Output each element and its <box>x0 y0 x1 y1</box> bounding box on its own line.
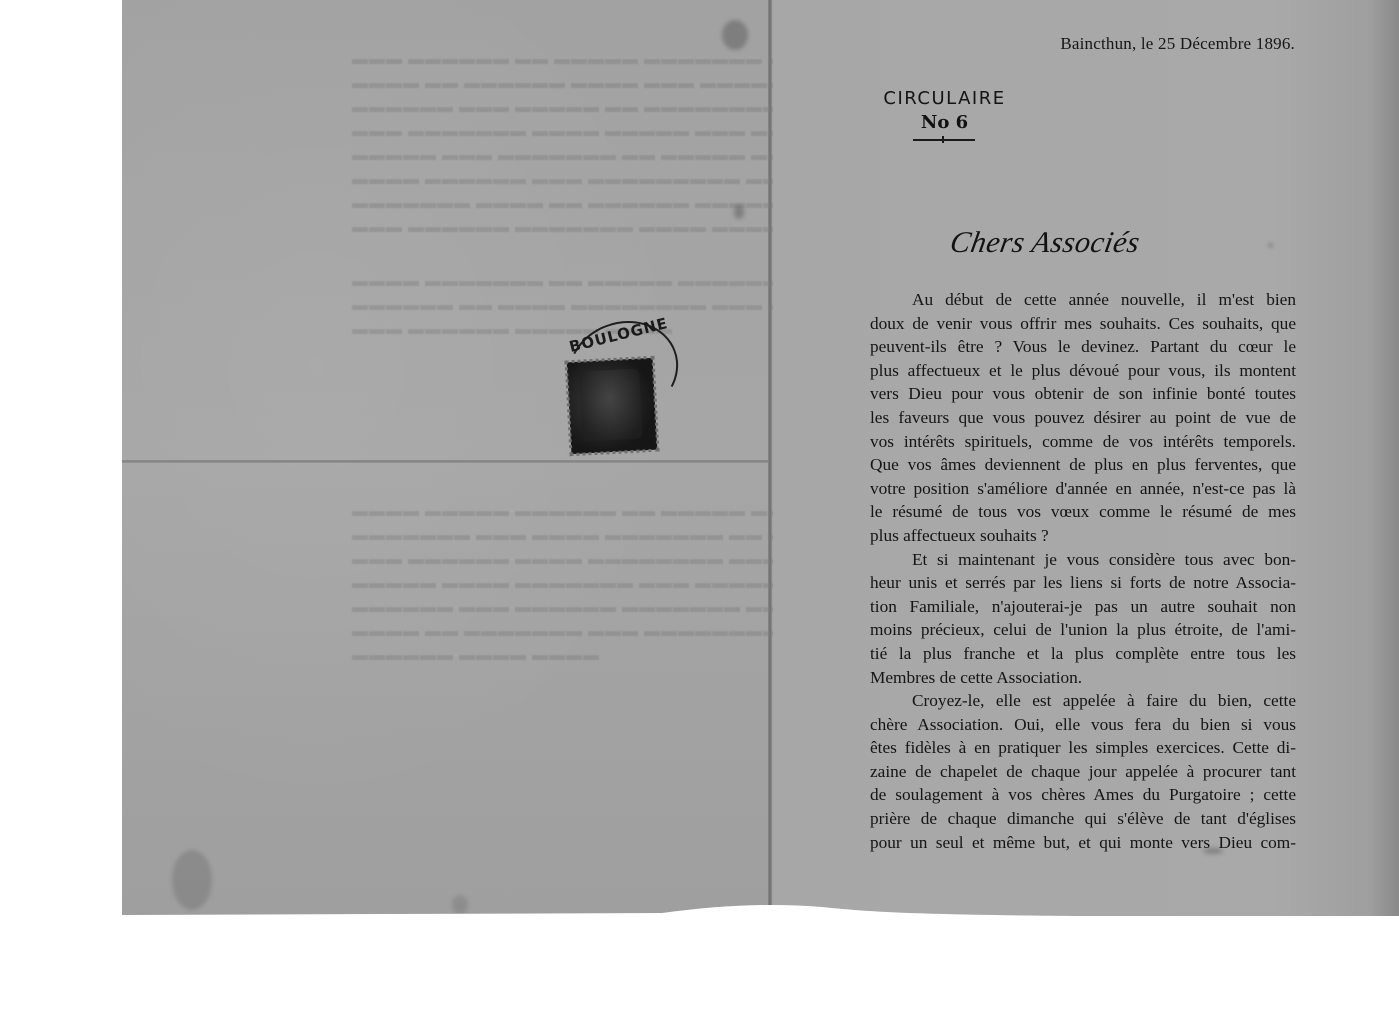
fold-crease <box>122 460 770 463</box>
text-line: votre position s'améliore d'année en ann… <box>870 477 1296 501</box>
text-line: les faveurs que vous pouvez désirer au p… <box>870 406 1296 430</box>
paragraph: Au début de cette année nouvelle, il m'e… <box>870 288 1296 548</box>
text-line: le résumé de tous vos vœux comme le résu… <box>870 500 1296 524</box>
text-line: plus affectueux et le plus dévoué pour v… <box>870 359 1296 383</box>
circular-title: CIRCULAIRE <box>862 88 1027 109</box>
bleed-through-text: ▬▬▬▬▬▬ ▬▬▬▬ ▬▬▬▬ <box>352 644 600 668</box>
ink-stain <box>172 850 212 910</box>
bleed-through-text: ▬▬▬ ▬▬▬▬▬▬ ▬▬▬▬▬▬▬ ▬▬▬▬ ▬▬▬▬▬▬ <box>352 216 814 240</box>
ink-stain <box>722 20 748 50</box>
text-line: vos intérêts spirituels, comme de vos in… <box>870 430 1296 454</box>
text-line: moins précieux, celui de l'union la plus… <box>870 618 1296 642</box>
text-line: Au début de cette année nouvelle, il m'e… <box>870 288 1296 312</box>
text-line: peuvent-ils être ? Vous le devinez. Part… <box>870 335 1296 359</box>
page-bottom-edge <box>122 905 1399 935</box>
page-edge-shadow <box>1369 0 1399 916</box>
place-and-date: Baincthun, le 25 Décembre 1896. <box>900 34 1295 54</box>
postage-stamp-icon <box>567 358 658 454</box>
text-line: chère Association. Oui, elle vous fera d… <box>870 713 1296 737</box>
book-spine <box>768 0 772 916</box>
postage-stamp: BOULOGNE <box>562 318 677 458</box>
text-line: doux de venir vous offrir mes souhaits. … <box>870 312 1296 336</box>
salutation: Chers Associés <box>897 226 1193 260</box>
text-line: tion Familiale, n'ajouterai-je pas un au… <box>870 595 1296 619</box>
text-line: heur unis et serrés par les liens si for… <box>870 571 1296 595</box>
text-line: de soulagement à vos chères Ames du Purg… <box>870 783 1296 807</box>
text-line: Croyez-le, elle est appelée à faire du b… <box>870 689 1296 713</box>
title-ornament-rule <box>913 139 975 141</box>
text-line: Que vos âmes deviennent de plus en plus … <box>870 453 1296 477</box>
text-line: Et si maintenant je vous considère tous … <box>870 548 1296 572</box>
ink-speck <box>1268 243 1273 248</box>
text-line: Membres de cette Association. <box>870 666 1296 690</box>
text-line: pour un seul et même but, et qui monte v… <box>870 831 1296 855</box>
paragraph: Et si maintenant je vous considère tous … <box>870 548 1296 690</box>
text-line: plus affectueux souhaits ? <box>870 524 1296 548</box>
text-line: zaine de chapelet de chaque jour appelée… <box>870 760 1296 784</box>
text-line: tié la plus franche et la plus complète … <box>870 642 1296 666</box>
bleed-through-text: ▬▬▬▬▬▬ ▬▬ ▬▬▬▬ ▬▬▬▬▬▬▬▬ ▬▬▬ ▬▬▬▬ <box>352 294 836 318</box>
text-line: prière de chaque dimanche qui s'élève de… <box>870 807 1296 831</box>
text-line: vers Dieu pour vous obtenir de son infin… <box>870 382 1296 406</box>
circular-number: No 6 <box>862 112 1027 133</box>
letter-body: Au début de cette année nouvelle, il m'e… <box>870 288 1296 854</box>
paragraph: Croyez-le, elle est appelée à faire du b… <box>870 689 1296 854</box>
stamp-image <box>579 369 643 442</box>
ink-stain <box>734 205 744 219</box>
left-page: ▬▬▬ ▬▬▬▬▬▬ ▬▬ ▬▬▬▬▬ ▬▬▬▬▬▬▬ ▬▬ ▬▬▬▬ ▬▬▬▬… <box>122 0 770 916</box>
text-line: êtes fidèles à en pratiquer les simples … <box>870 736 1296 760</box>
